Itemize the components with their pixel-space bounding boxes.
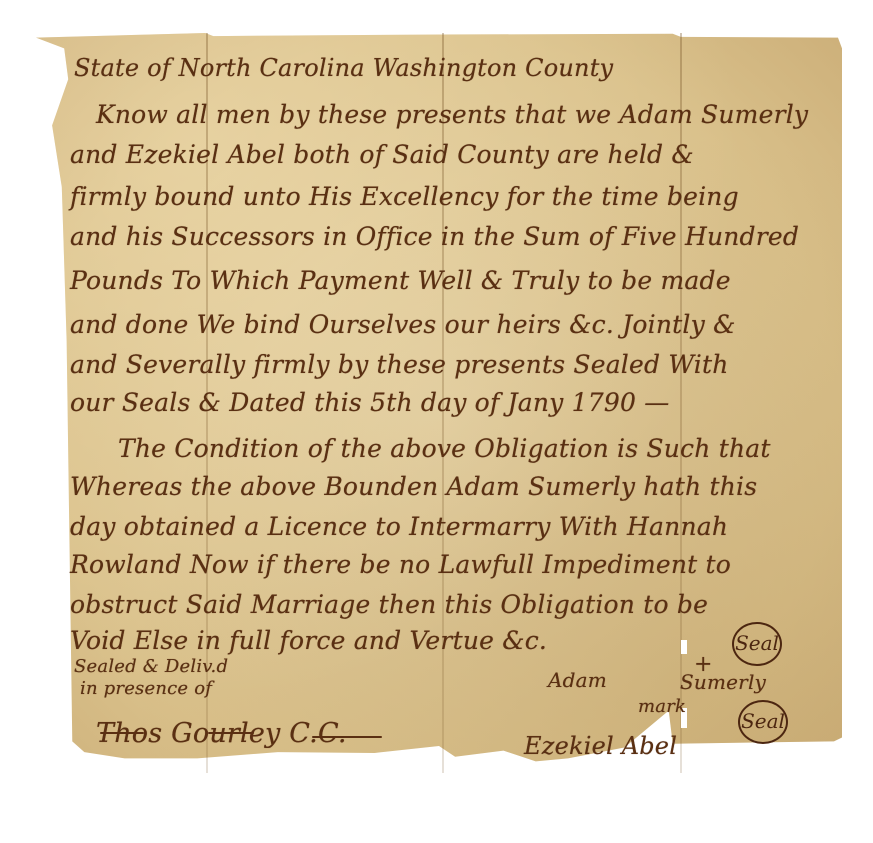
- document-heading: State of North Carolina Washington Count…: [74, 54, 613, 82]
- body-line: and Severally firmly by these presents S…: [70, 350, 729, 379]
- body-line: Whereas the above Bounden Adam Sumerly h…: [70, 472, 757, 501]
- mark-label: mark: [638, 696, 686, 717]
- body-line: Rowland Now if there be no Lawfull Imped…: [70, 550, 731, 579]
- flourish-line: [312, 736, 382, 738]
- seal-mark: Seal: [738, 700, 788, 744]
- signer-first-name: Adam: [548, 668, 607, 692]
- body-line-date: our Seals & Dated this 5th day of Jany 1…: [70, 388, 669, 417]
- paper-tear: [681, 640, 687, 654]
- attestation-line: Sealed & Deliv.d: [74, 656, 228, 677]
- condition-line: The Condition of the above Obligation is…: [118, 434, 771, 463]
- body-line: Void Else in full force and Vertue &c.: [70, 626, 547, 655]
- body-line: and his Successors in Office in the Sum …: [70, 222, 799, 251]
- body-line: obstruct Said Marriage then this Obligat…: [70, 590, 708, 619]
- flourish-line: [100, 732, 144, 734]
- body-line: Know all men by these presents that we A…: [96, 100, 808, 129]
- attestation-line: in presence of: [80, 678, 212, 699]
- body-line: and done We bind Ourselves our heirs &c.…: [70, 310, 736, 339]
- body-line: Pounds To Which Payment Well & Truly to …: [70, 266, 731, 295]
- body-line: and Ezekiel Abel both of Said County are…: [70, 140, 694, 169]
- flourish-line: [208, 732, 254, 734]
- body-line: day obtained a Licence to Intermarry Wit…: [70, 512, 728, 541]
- body-line: firmly bound unto His Excellency for the…: [70, 182, 739, 211]
- signer-first-surname: Sumerly: [680, 670, 766, 694]
- signer-second: Ezekiel Abel: [524, 732, 677, 760]
- seal-mark: Seal: [732, 622, 782, 666]
